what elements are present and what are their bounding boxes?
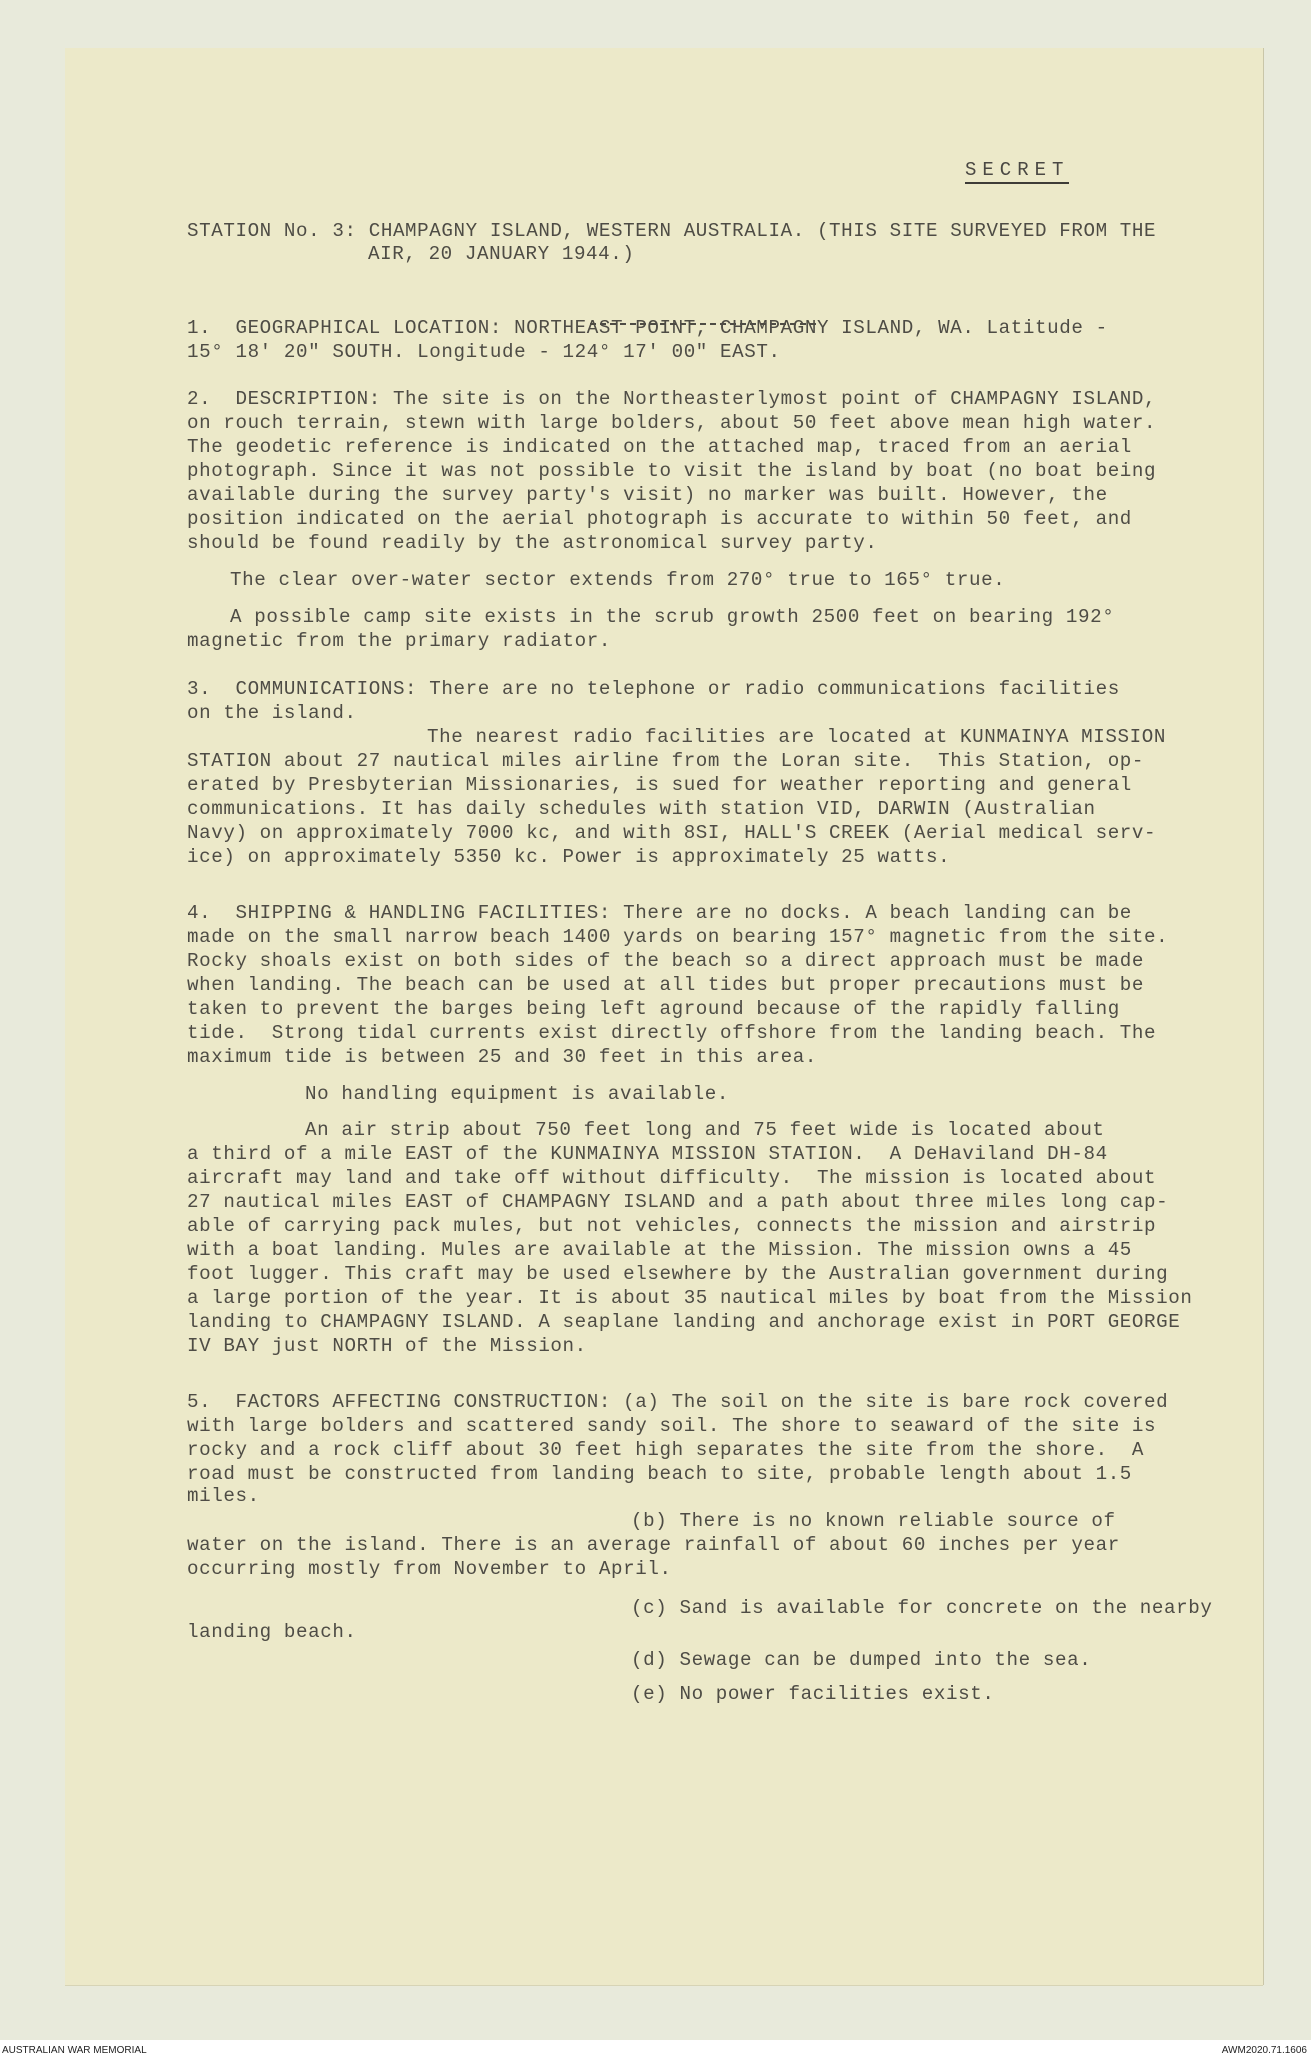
section-2-line: photograph. Since it was not possible to…	[187, 459, 1156, 483]
section-2-paragraph-2: The clear over-water sector extends from…	[230, 568, 1005, 592]
section-4-paragraph-3-line: a large portion of the year. It is about…	[187, 1286, 1193, 1310]
section-4-paragraph-3-line: 27 nautical miles EAST of CHAMPAGNY ISLA…	[187, 1190, 1168, 1214]
section-4-line: made on the small narrow beach 1400 yard…	[187, 925, 1168, 949]
section-4-paragraph-3-line: foot lugger. This craft may be used else…	[187, 1262, 1168, 1286]
section-1-line: 15° 18' 20" SOUTH. Longitude - 124° 17' …	[187, 340, 781, 364]
title-line-2: AIR, 20 JANUARY 1944.)	[368, 242, 635, 266]
section-4-paragraph-3-line: a third of a mile EAST of the KUNMAINYA …	[187, 1142, 1108, 1166]
section-3-paragraph-2-line: The nearest radio facilities are located…	[427, 725, 1166, 749]
section-3-paragraph-2-line: STATION about 27 nautical miles airline …	[187, 749, 1144, 773]
section-4-line: tide. Strong tidal currents exist direct…	[187, 1021, 1156, 1045]
archive-reference-id: AWM2020.71.1606	[1222, 2045, 1307, 2056]
section-5-item-b-line: water on the island. There is an average…	[187, 1533, 1120, 1557]
section-5-item-c-line: landing beach.	[187, 1620, 357, 1644]
section-2-line: The geodetic reference is indicated on t…	[187, 435, 1132, 459]
section-5-item-b-line: occurring mostly from November to April.	[187, 1557, 672, 1581]
section-2-paragraph-3-line: A possible camp site exists in the scrub…	[230, 605, 1114, 629]
section-5-line: rocky and a rock cliff about 30 feet hig…	[187, 1438, 1144, 1462]
section-4-paragraph-3-line: IV BAY just NORTH of the Mission.	[187, 1334, 587, 1358]
section-4-paragraph-2: No handling equipment is available.	[305, 1082, 729, 1106]
section-5-item-b-line: (b) There is no known reliable source of	[631, 1509, 1116, 1533]
section-4-paragraph-3-line: landing to CHAMPAGNY ISLAND. A seaplane …	[187, 1310, 1180, 1334]
section-5-line: 5. FACTORS AFFECTING CONSTRUCTION: (a) T…	[187, 1390, 1168, 1414]
section-1-line: 1. GEOGRAPHICAL LOCATION: NORTHEAST POIN…	[187, 316, 1108, 340]
section-5-line: with large bolders and scattered sandy s…	[187, 1414, 1156, 1438]
section-4-line: when landing. The beach can be used at a…	[187, 973, 1144, 997]
section-4-paragraph-3-line: with a boat landing. Mules are available…	[187, 1238, 1132, 1262]
section-4-line: maximum tide is between 25 and 30 feet i…	[187, 1045, 817, 1069]
section-5-line: road must be constructed from landing be…	[187, 1462, 1132, 1486]
section-2-line: 2. DESCRIPTION: The site is on the North…	[187, 387, 1156, 411]
archive-footer: AUSTRALIAN WAR MEMORIAL AWM2020.71.1606	[0, 2040, 1311, 2061]
section-5-item-d: (d) Sewage can be dumped into the sea.	[631, 1648, 1091, 1672]
section-3-paragraph-2-line: communications. It has daily schedules w…	[187, 797, 1096, 821]
section-5-item-c-line: (c) Sand is available for concrete on th…	[631, 1596, 1213, 1620]
section-3-paragraph-2-line: Navy) on approximately 7000 kc, and with…	[187, 821, 1156, 845]
section-2-line: position indicated on the aerial photogr…	[187, 507, 1132, 531]
classification-stamp: SECRET	[965, 159, 1069, 184]
section-3-line: on the island.	[187, 701, 357, 725]
document-page: SECRET STATION No. 3: CHAMPAGNY ISLAND, …	[65, 48, 1263, 1985]
section-4-paragraph-3-line: able of carrying pack mules, but not veh…	[187, 1214, 1156, 1238]
section-2-paragraph-3-line: magnetic from the primary radiator.	[187, 629, 611, 653]
section-3-line: 3. COMMUNICATIONS: There are no telephon…	[187, 677, 1120, 701]
section-2-line: on rouch terrain, stewn with large bolde…	[187, 411, 1156, 435]
section-2-line: should be found readily by the astronomi…	[187, 531, 878, 555]
section-4-paragraph-3-line: An air strip about 750 feet long and 75 …	[305, 1118, 1105, 1142]
section-4-line: taken to prevent the barges being left a…	[187, 997, 1120, 1021]
section-4-line: 4. SHIPPING & HANDLING FACILITIES: There…	[187, 901, 1132, 925]
section-3-paragraph-2-line: erated by Presbyterian Missionaries, is …	[187, 773, 1132, 797]
section-5-item-e: (e) No power facilities exist.	[631, 1682, 994, 1706]
section-4-paragraph-3-line: aircraft may land and take off without d…	[187, 1166, 1156, 1190]
section-2-line: available during the survey party's visi…	[187, 483, 1108, 507]
title-line-1: STATION No. 3: CHAMPAGNY ISLAND, WESTERN…	[187, 219, 1156, 243]
section-3-paragraph-2-line: ice) on approximately 5350 kc. Power is …	[187, 845, 950, 869]
section-4-line: Rocky shoals exist on both sides of the …	[187, 949, 1144, 973]
section-5-line: miles.	[187, 1484, 260, 1508]
archive-name: AUSTRALIAN WAR MEMORIAL	[2, 2045, 147, 2056]
